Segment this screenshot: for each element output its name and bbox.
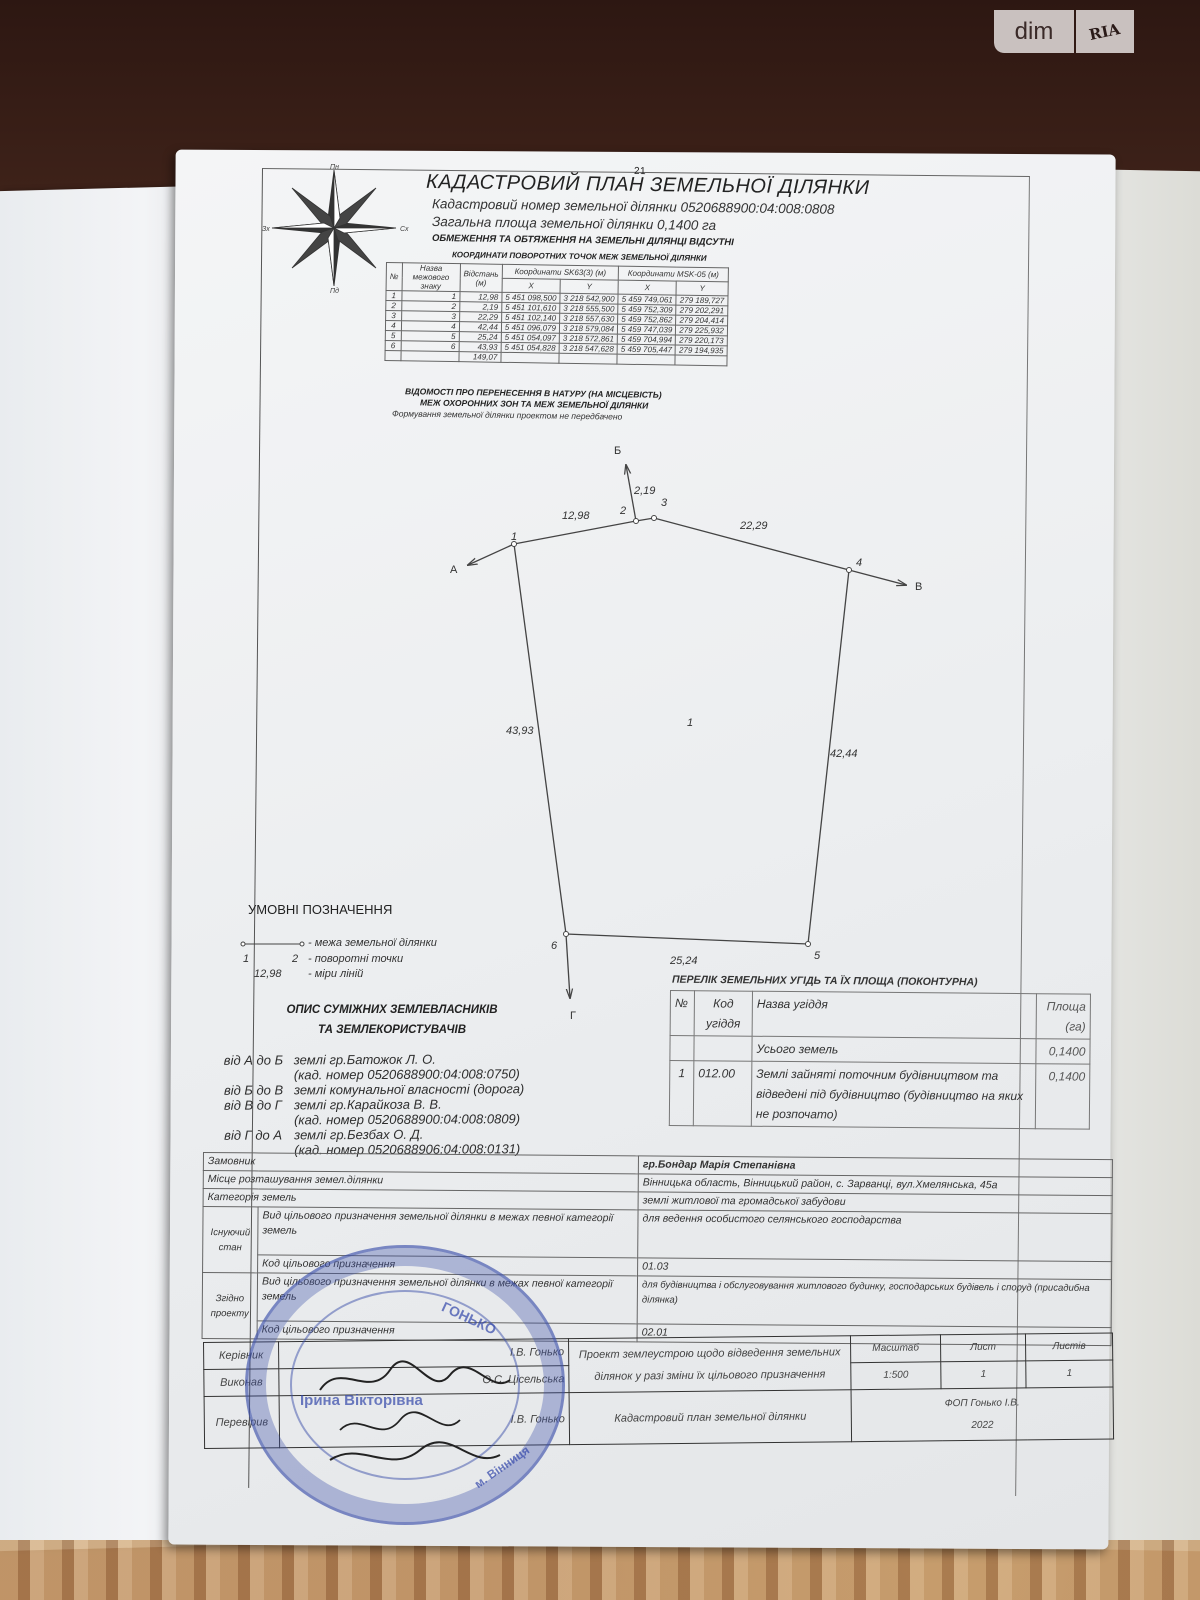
project-label: Згідно проекту — [202, 1273, 258, 1339]
legend-title: УМОВНІ ПОЗНАЧЕННЯ — [248, 902, 392, 917]
list-item-cadastral: (кад. номер 0520688900:04:008:0750) — [224, 1066, 524, 1083]
list-item: від В до Гземлі гр.Карайкоза В. В. — [224, 1096, 524, 1113]
col-sk-y: Y — [560, 279, 618, 294]
checker-label: Перевірив — [204, 1396, 280, 1449]
existing-purpose-value: для ведення особистого селянського госпо… — [638, 1210, 1112, 1262]
adjacent-title-2: ТА ЗЕМЛЕКОРИСТУВАЧІВ — [242, 1024, 542, 1036]
lands-total-area: 0,1400 — [1036, 1039, 1090, 1064]
direction-a: А — [450, 564, 457, 576]
legend-measure-sample: 12,98 — [254, 968, 282, 980]
watermark-ria: RIA — [1076, 10, 1134, 53]
dimria-watermark: dim RIA — [994, 10, 1134, 53]
lands-col-no: № — [670, 991, 694, 1036]
legend-measure: - міри ліній — [308, 968, 363, 980]
legend-tp-from: 1 — [243, 953, 249, 965]
project-purpose-label: Вид цільового призначення земельної діля… — [257, 1273, 637, 1324]
plan-title: Кадастровий план земельної ділянки — [569, 1390, 852, 1445]
adjacent-title-1: ОПИС СУМІЖНИХ ЗЕМЛЕВЛАСНИКІВ — [242, 1004, 542, 1016]
point-1: 1 — [511, 531, 517, 543]
scale-label: Масштаб — [850, 1335, 940, 1363]
svg-text:Пн: Пн — [330, 164, 339, 171]
side-3-4: 22,29 — [740, 520, 768, 532]
executor-name: О.С. Цісельська — [279, 1366, 569, 1396]
lands-col-code: Код угіддя — [694, 991, 752, 1037]
adjacent-list: від А до Бземлі гр.Батожок Л. О.(кад. но… — [224, 1051, 525, 1158]
parcel-label: 1 — [687, 717, 693, 729]
sheet-label: Лист — [940, 1334, 1025, 1362]
watermark-dim: dim — [994, 10, 1074, 53]
head-label: Керівник — [204, 1342, 279, 1370]
legend-boundary: - межа земельної ділянки — [308, 937, 437, 949]
col-no: № — [386, 263, 402, 291]
list-item: від Б до Вземлі комунальної власності (д… — [224, 1081, 524, 1098]
project-purpose-value: для будівництва і обслуговування житлово… — [637, 1276, 1111, 1328]
existing-label: Існуючий стан — [203, 1207, 259, 1273]
checker-name: І.В. Гонько — [279, 1393, 570, 1448]
table-row: 1 012.00 Землі зайняті поточним будівниц… — [669, 1061, 1090, 1130]
coordinates-table: № Назва межового знаку Відстань (м) Коор… — [384, 262, 728, 366]
point-4: 4 — [856, 557, 862, 569]
point-2: 2 — [620, 505, 626, 517]
col-marker: Назва межового знаку — [402, 263, 460, 292]
existing-purpose-label: Вид цільового призначення земельної діля… — [258, 1207, 638, 1258]
side-2-3: 2,19 — [634, 485, 655, 497]
col-msk-x: X — [618, 280, 676, 295]
head-name: І.В. Гонько — [279, 1339, 569, 1369]
scale-value: 1:500 — [851, 1362, 941, 1390]
executor-label: Виконав — [204, 1369, 279, 1397]
legend-tp-to: 2 — [292, 953, 298, 965]
list-item: від Г до Аземлі гр.Безбах О. Д. — [224, 1126, 524, 1143]
side-1-2: 12,98 — [562, 510, 590, 522]
company-name: ФОП Гонько І.В. — [856, 1391, 1109, 1416]
col-msk-y: Y — [676, 281, 728, 296]
col-sk-x: X — [502, 278, 560, 293]
side-5-6: 25,24 — [670, 955, 698, 967]
point-5: 5 — [814, 950, 820, 962]
list-item-cadastral: (кад. номер 0520688900:04:008:0809) — [224, 1111, 524, 1128]
col-distance: Відстань (м) — [460, 264, 503, 293]
legend-boundary-sample — [240, 940, 306, 948]
point-6: 6 — [551, 940, 557, 952]
sheet-value: 1 — [941, 1361, 1026, 1389]
title-block: Керівник І.В. Гонько Проект землеустрою … — [203, 1332, 1114, 1449]
sheets-label: Листів — [1025, 1333, 1112, 1361]
lands-total-label: Усього земель — [752, 1036, 1036, 1063]
svg-text:Сх: Сх — [400, 226, 409, 233]
sheets-value: 1 — [1026, 1360, 1113, 1388]
lands-col-name: Назва угіддя — [752, 991, 1036, 1038]
side-4-5: 42,44 — [830, 748, 858, 760]
point-3: 3 — [661, 497, 667, 509]
legend-turning-points: - поворотні точки — [308, 953, 403, 965]
direction-g: Г — [570, 1010, 576, 1022]
svg-text:Зх: Зх — [262, 226, 270, 233]
project-title: Проект землеустрою щодо відведення земел… — [568, 1336, 851, 1393]
svg-text:Пд: Пд — [330, 287, 339, 295]
carpet-edge — [0, 1540, 1200, 1600]
lands-table: № Код угіддя Назва угіддя Площа (га) Усь… — [669, 990, 1091, 1130]
direction-b: Б — [614, 445, 621, 457]
company-year: 2022 — [856, 1413, 1109, 1438]
side-6-1: 43,93 — [506, 725, 534, 737]
company-cell: ФОП Гонько І.В. 2022 — [851, 1387, 1114, 1442]
info-table: Замовник гр.Бондар Марія Степанівна Місц… — [202, 1152, 1113, 1346]
direction-v: В — [915, 581, 922, 593]
list-item: від А до Бземлі гр.Батожок Л. О. — [224, 1051, 524, 1068]
lands-col-area: Площа (га) — [1036, 994, 1090, 1039]
